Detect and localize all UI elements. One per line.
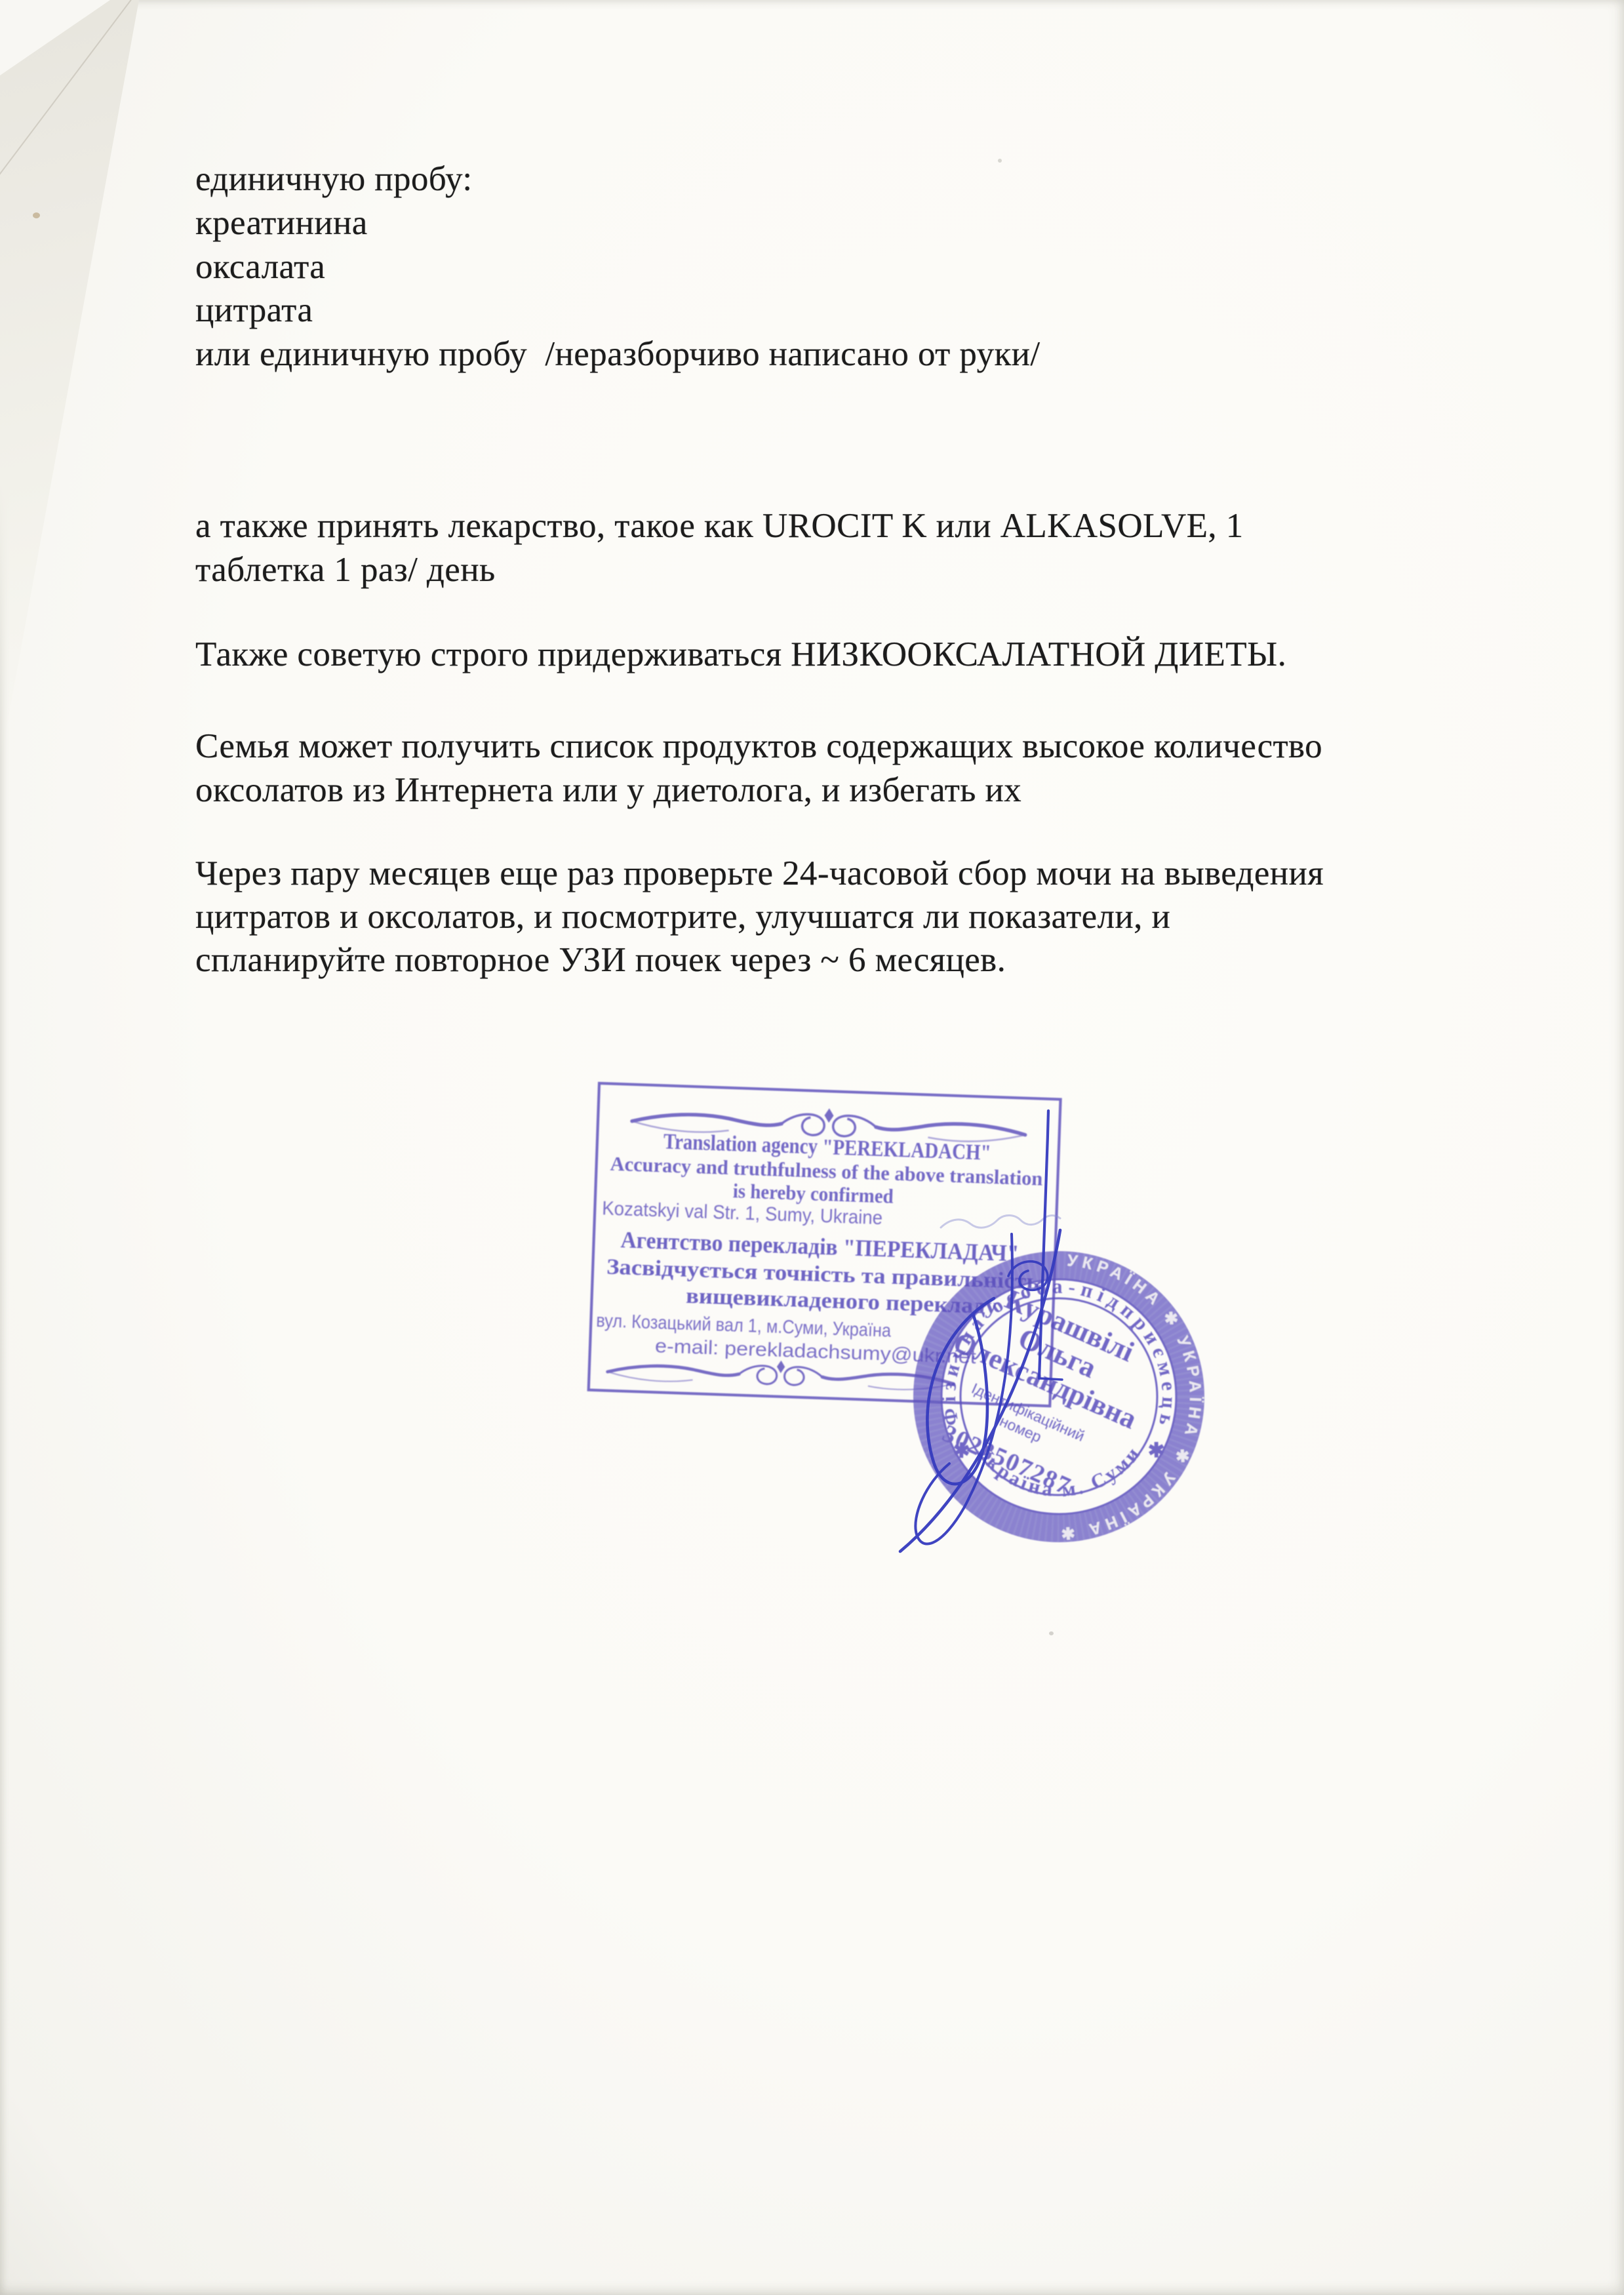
signature-stroke xyxy=(1039,1378,1062,1380)
notary-seal: УКРАЇНА ✱ УКРАЇНА ✱ УКРАЇНА ✱ ✱ Фізична … xyxy=(914,1251,1205,1542)
handwriting-scribble xyxy=(941,1216,1060,1228)
scanned-document-page: единичную пробу: креатинина оксалата цит… xyxy=(0,0,1624,2295)
stamp-seal-signature-overlay: Translation agency "PEREKLADACH" Accurac… xyxy=(0,0,1624,2295)
stamp-address-uk: вул. Козацький вал 1, м.Суми, Україна xyxy=(596,1310,892,1342)
